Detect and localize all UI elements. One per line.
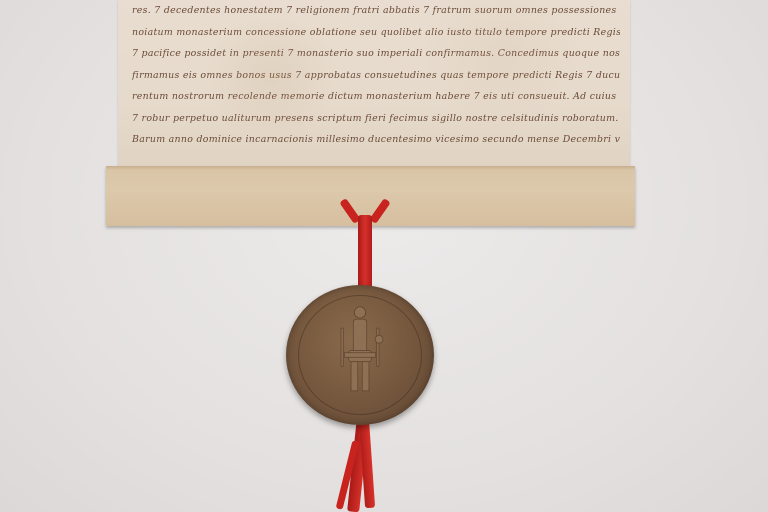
charter-line: rentum nostrorum recolende memorie dictu… [132, 86, 620, 108]
charter-line: res. 7 decedentes honestatem 7 religione… [132, 0, 620, 22]
wax-seal [286, 285, 434, 425]
enthroned-king-figure [320, 299, 400, 411]
charter-text: res. 7 decedentes honestatem 7 religione… [132, 0, 620, 151]
charter-parchment: res. 7 decedentes honestatem 7 religione… [118, 0, 630, 168]
charter-line: Barum anno dominice incarnacionis milles… [132, 129, 620, 151]
charter-line: 7 pacifice possidet in presenti 7 monast… [132, 43, 620, 65]
charter-line: firmamus eis omnes bonos usus 7 approbat… [132, 65, 620, 87]
charter-line: noiatum monasterium concessione oblation… [132, 22, 620, 44]
charter-line: 7 robur perpetuo ualiturum presens scrip… [132, 108, 620, 130]
